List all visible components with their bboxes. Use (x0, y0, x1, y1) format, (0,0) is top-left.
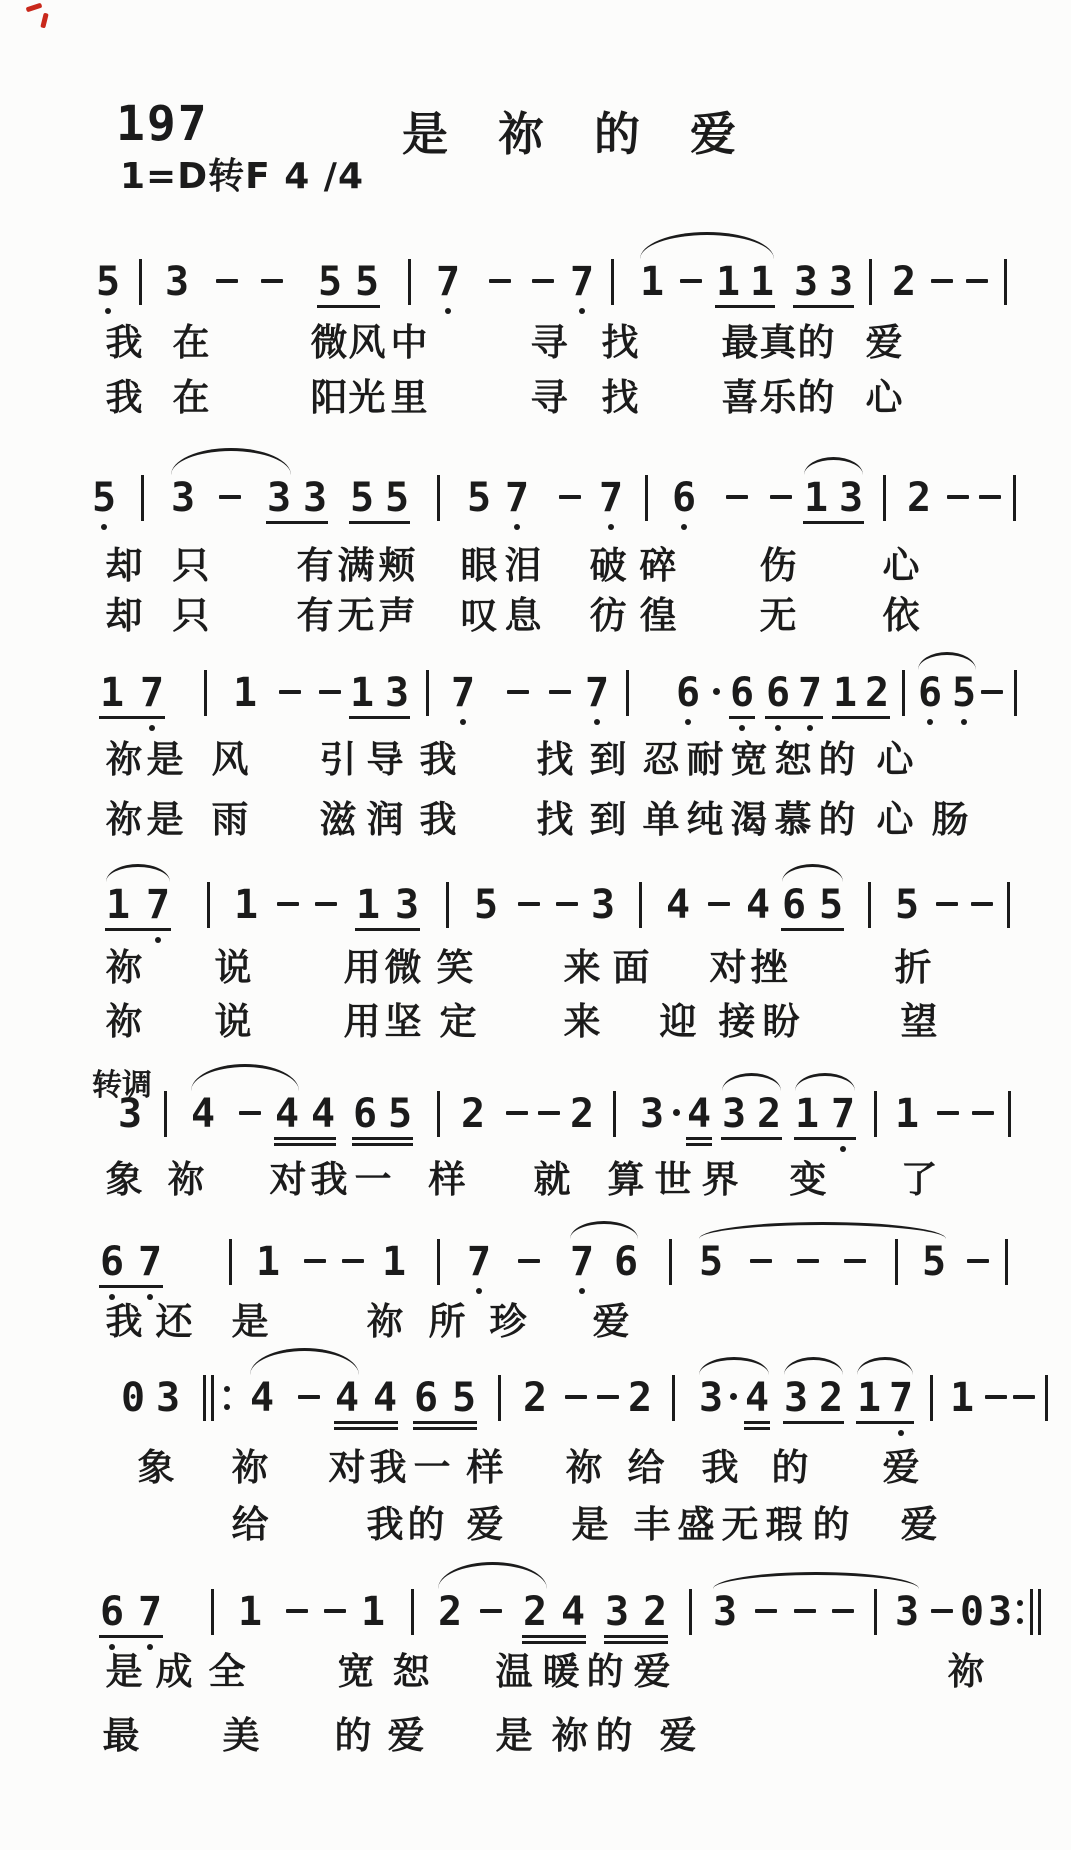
duration-dash (532, 279, 554, 283)
lyric-char: 心 (877, 800, 914, 840)
lyric-char: 泪 (505, 546, 542, 586)
repeat-end-bar (1030, 1589, 1033, 1635)
lyric-char: 却 (106, 546, 143, 586)
lyric-char: 恕 (775, 740, 812, 780)
duration-dash (937, 1111, 959, 1115)
note-number: 2 (757, 1094, 781, 1134)
duration-dash (277, 902, 299, 906)
repeat-begin-dot (224, 1404, 230, 1410)
beam-line (794, 1137, 856, 1140)
beam-line (856, 1421, 914, 1424)
lyric-char: 喜 (722, 378, 759, 418)
note-number: 7 (570, 1242, 594, 1282)
lyric-char: 接 (719, 1002, 756, 1042)
lyric-char: 用 (344, 948, 381, 988)
lyric-char: 瑕 (766, 1505, 803, 1545)
lyric-char: 爱 (388, 1716, 425, 1756)
duration-dash (261, 279, 283, 283)
beam-line (317, 305, 380, 308)
duration-dash (966, 279, 988, 283)
note-number: 7 (146, 885, 170, 925)
duration-dash (286, 1609, 308, 1613)
barline (229, 1239, 232, 1285)
low-octave-dot (514, 524, 520, 530)
lyric-char: 象 (138, 1448, 175, 1488)
lyric-char: 有 (297, 546, 334, 586)
lyric-char: 找 (537, 740, 574, 780)
note-number: 7 (889, 1378, 913, 1418)
low-octave-dot (147, 1644, 153, 1650)
lyric-char: 眼 (461, 546, 498, 586)
note-number: 1 (857, 1378, 881, 1418)
note-number: 3 (640, 1094, 664, 1134)
barline (1005, 1239, 1008, 1285)
duration-dash (304, 1259, 326, 1263)
lyric-char: 我 (420, 800, 457, 840)
note-number: 3 (165, 262, 189, 302)
lyric-char: 象 (106, 1160, 143, 1200)
duration-dash (1013, 1395, 1035, 1399)
lyric-char: 伤 (760, 546, 797, 586)
lyric-char: 笑 (437, 948, 474, 988)
lyric-char: 心 (883, 546, 920, 586)
note-number: 5 (819, 885, 843, 925)
note-number: 7 (570, 262, 594, 302)
barline (626, 670, 629, 716)
lyric-char: 最 (103, 1716, 140, 1756)
lyric-char: 肠 (932, 800, 969, 840)
duration-dash (315, 902, 337, 906)
lyric-char: 挫 (751, 948, 788, 988)
note-number: 5 (96, 262, 120, 302)
beam-line (413, 1421, 477, 1424)
note-number: 0 (960, 1592, 984, 1632)
barline (139, 259, 142, 305)
barline (1004, 259, 1007, 305)
song-title: 是祢的爱 (402, 98, 786, 164)
note-number: 5 (318, 262, 342, 302)
beam-line (99, 1285, 163, 1288)
note-number: 1 (106, 885, 130, 925)
red-scan-mark (26, 3, 43, 13)
note-number: 1 (234, 885, 258, 925)
lyric-char: 爱 (660, 1716, 697, 1756)
duration-dash (931, 279, 953, 283)
beam-line (729, 716, 755, 719)
lyric-char: 盛 (678, 1505, 715, 1545)
duration-dash (538, 1111, 560, 1115)
slur-arc (250, 1348, 359, 1375)
lyric-char: 的 (772, 1448, 809, 1488)
note-number: 6 (100, 1592, 124, 1632)
low-octave-dot (149, 725, 155, 731)
lyric-char: 我 (106, 378, 143, 418)
lyric-char: 祢 (106, 1002, 143, 1042)
lyric-char: 温 (496, 1652, 533, 1692)
duration-dash (844, 1259, 866, 1263)
low-octave-dot (579, 308, 585, 314)
lyric-char: 满 (338, 546, 375, 586)
low-octave-dot (105, 308, 111, 314)
duration-dash (298, 1395, 320, 1399)
slur-arc (699, 1357, 769, 1375)
beam-line (266, 521, 328, 524)
lyric-char: 样 (467, 1448, 504, 1488)
lyric-char: 迎 (660, 1002, 697, 1042)
slur-arc (699, 1222, 946, 1239)
lyric-char: 我 (106, 323, 143, 363)
note-number: 4 (191, 1094, 215, 1134)
lyric-char: 到 (590, 800, 627, 840)
lyric-char: 的 (819, 740, 856, 780)
note-number: 1 (361, 1592, 385, 1632)
note-number: 6 (730, 673, 754, 713)
barline (672, 1375, 675, 1421)
beam-line (765, 716, 823, 719)
lyric-char: 折 (895, 948, 932, 988)
note-number: 5 (92, 478, 116, 518)
lyric-char: 全 (209, 1652, 246, 1692)
beam-line (803, 521, 864, 524)
note-number: 4 (373, 1378, 397, 1418)
slur-arc (784, 1357, 843, 1375)
lyric-char: 对 (270, 1160, 307, 1200)
beam-line (686, 1143, 712, 1146)
duration-dash (981, 690, 1003, 694)
note-number: 1 (795, 1094, 819, 1134)
lyric-char: 无 (760, 596, 797, 636)
low-octave-dot (101, 524, 107, 530)
barline (645, 475, 648, 521)
lyric-char: 寻 (531, 378, 568, 418)
lyric-char: 导 (367, 740, 404, 780)
barline (211, 1589, 214, 1635)
note-number: 3 (829, 262, 853, 302)
note-number: 7 (451, 673, 475, 713)
lyric-char: 望 (901, 1002, 938, 1042)
lyric-char: 中 (391, 323, 428, 363)
barline (426, 670, 429, 716)
note-number: 1 (895, 1094, 919, 1134)
lyric-char: 滋 (320, 800, 357, 840)
lyric-char: 界 (702, 1160, 739, 1200)
lyric-char: 的 (587, 1652, 624, 1692)
low-octave-dot (460, 719, 466, 725)
duration-dash (216, 279, 238, 283)
slur-arc (570, 1221, 638, 1239)
lyric-char: 的 (798, 323, 835, 363)
slur-arc (171, 448, 291, 475)
lyric-char: 美 (223, 1716, 260, 1756)
note-number: 2 (628, 1378, 652, 1418)
beam-line (604, 1641, 668, 1644)
note-number: 5 (385, 478, 409, 518)
beam-line (522, 1635, 586, 1638)
barline (446, 882, 449, 928)
repeat-begin-bar (203, 1375, 206, 1421)
note-number: 7 (831, 1094, 855, 1134)
lyric-char: 是 (572, 1505, 609, 1545)
beam-line (522, 1641, 586, 1644)
lyric-char: 我 (367, 1505, 404, 1545)
lyric-char: 阳 (311, 378, 348, 418)
slur-arc (106, 864, 170, 882)
beam-line (349, 521, 410, 524)
lyric-char: 寻 (531, 323, 568, 363)
repeat-begin-bar (211, 1375, 214, 1421)
barline (1014, 670, 1017, 716)
barline (883, 475, 886, 521)
duration-dash (931, 1609, 953, 1613)
note-number: 5 (452, 1378, 476, 1418)
beam-line (715, 305, 775, 308)
duration-dash (279, 690, 301, 694)
barline (498, 1375, 501, 1421)
duration-dash (489, 279, 511, 283)
lyric-char: 盼 (763, 1002, 800, 1042)
duration-dash (319, 690, 341, 694)
barline (689, 1589, 692, 1635)
lyric-char: 纯 (687, 800, 724, 840)
lyric-char: 是 (496, 1716, 533, 1756)
note-number: 2 (523, 1378, 547, 1418)
lyric-char: 慕 (775, 800, 812, 840)
note-number: 3 (839, 478, 863, 518)
duration-dash (324, 1609, 346, 1613)
duration-dash (971, 902, 993, 906)
low-octave-dot (594, 719, 600, 725)
duration-dash (972, 1111, 994, 1115)
beam-line (99, 1635, 163, 1638)
lyric-char: 无 (338, 596, 375, 636)
lyric-char: 祢 (168, 1160, 205, 1200)
beam-line (783, 1421, 844, 1424)
lyric-char: 爱 (467, 1505, 504, 1545)
lyric-char: 成 (156, 1652, 193, 1692)
note-number: 7 (585, 673, 609, 713)
slur-arc (795, 1073, 855, 1091)
lyric-char: 我 (420, 740, 457, 780)
note-number: 1 (100, 673, 124, 713)
lyric-char: 爱 (634, 1652, 671, 1692)
note-number: 1 (382, 1242, 406, 1282)
duration-dash (565, 1395, 587, 1399)
note-number: 3 (385, 673, 409, 713)
slur-arc (640, 232, 774, 259)
lyric-char: 忍 (643, 740, 680, 780)
lyric-char: 渴 (731, 800, 768, 840)
lyric-char: 来 (564, 1002, 601, 1042)
lyric-char: 无 (722, 1505, 759, 1545)
note-number: 3 (794, 262, 818, 302)
duration-dash (750, 1259, 772, 1263)
note-number: 7 (140, 673, 164, 713)
note-number: 1 (804, 478, 828, 518)
beam-line (744, 1427, 770, 1430)
duration-dash (708, 902, 730, 906)
barline (902, 670, 905, 716)
lyric-char: 爱 (866, 323, 903, 363)
lyric-char: 风 (349, 323, 386, 363)
note-number: 4 (666, 885, 690, 925)
lyric-char: 心 (877, 740, 914, 780)
note-number: 1 (716, 262, 740, 302)
note-number: 2 (570, 1094, 594, 1134)
lyric-char: 风 (212, 740, 249, 780)
lyric-char: 祢 (367, 1302, 404, 1342)
note-number: 1 (256, 1242, 280, 1282)
lyric-char: 有 (297, 596, 334, 636)
note-number: 3 (171, 478, 195, 518)
lyric-char: 破 (590, 546, 627, 586)
beam-line (99, 716, 165, 719)
lyric-char: 雨 (212, 800, 249, 840)
lyric-char: 我 (702, 1448, 739, 1488)
note-number: 3 (713, 1592, 737, 1632)
note-number: 6 (614, 1242, 638, 1282)
duration-dash (597, 1395, 619, 1399)
lyric-char: 了 (901, 1160, 938, 1200)
lyric-char: 声 (379, 596, 416, 636)
lyric-char: 祢 (552, 1716, 589, 1756)
lyric-char: 里 (391, 378, 428, 418)
red-scan-mark (40, 13, 48, 29)
lyric-char: 真 (760, 323, 797, 363)
lyric-char: 的 (819, 800, 856, 840)
note-number: 5 (895, 885, 919, 925)
lyric-char: 彷 (590, 596, 627, 636)
note-number: 5 (350, 478, 374, 518)
low-octave-dot (685, 719, 691, 725)
lyric-char: 用 (344, 1002, 381, 1042)
note-number: 3 (895, 1592, 919, 1632)
slur-arc (918, 652, 976, 670)
lyric-char: 还 (156, 1302, 193, 1342)
lyric-char: 的 (335, 1716, 372, 1756)
duration-dash (219, 495, 241, 499)
lyric-char: 引 (320, 740, 357, 780)
note-number: 3 (267, 478, 291, 518)
barline (1008, 1091, 1011, 1137)
duration-dash (518, 1259, 540, 1263)
lyric-char: 样 (429, 1160, 466, 1200)
lyric-char: 一 (355, 1160, 392, 1200)
lyric-char: 宽 (731, 740, 768, 780)
note-number: 6 (414, 1378, 438, 1418)
low-octave-dot (155, 937, 161, 943)
duration-dash (985, 1395, 1007, 1399)
note-number: 4 (745, 1378, 769, 1418)
song-number: 197 (116, 96, 209, 152)
note-number: 5 (699, 1242, 723, 1282)
duration-dash (797, 1259, 819, 1263)
note-number: 4 (311, 1094, 335, 1134)
note-number: 2 (865, 673, 889, 713)
augmentation-dot (730, 1393, 737, 1400)
note-number: 3 (395, 885, 419, 925)
barline (207, 882, 210, 928)
lyric-char: 微 (385, 948, 422, 988)
lyric-char: 恕 (393, 1652, 430, 1692)
lyric-char: 定 (440, 1002, 477, 1042)
barline (437, 1239, 440, 1285)
barline (930, 1375, 933, 1421)
lyric-char: 是 (147, 800, 184, 840)
note-number: 7 (467, 1242, 491, 1282)
note-number: 0 (121, 1378, 145, 1418)
lyric-char: 变 (790, 1160, 827, 1200)
lyric-char: 依 (883, 596, 920, 636)
sheet-music-page: 197 是祢的爱 1=D转F 4 /4 转调535577111332533355… (0, 0, 1071, 1850)
barline (437, 1091, 440, 1137)
note-number: 6 (782, 885, 806, 925)
beam-line (744, 1421, 770, 1424)
note-number: 1 (950, 1378, 974, 1418)
lyric-char: 颊 (379, 546, 416, 586)
lyric-char: 耐 (687, 740, 724, 780)
barline (611, 259, 614, 305)
note-number: 6 (766, 673, 790, 713)
lyric-char: 世 (655, 1160, 692, 1200)
note-number: 2 (523, 1592, 547, 1632)
duration-dash (947, 495, 969, 499)
note-number: 4 (335, 1378, 359, 1418)
lyric-char: 爱 (883, 1448, 920, 1488)
barline (141, 475, 144, 521)
lyric-char: 是 (106, 1652, 143, 1692)
note-number: 3 (722, 1094, 746, 1134)
lyric-char: 我 (370, 1448, 407, 1488)
lyric-char: 只 (173, 546, 210, 586)
lyric-char: 祢 (948, 1652, 985, 1692)
beam-line (686, 1137, 712, 1140)
note-number: 5 (355, 262, 379, 302)
note-number: 2 (892, 262, 916, 302)
barline (874, 1091, 877, 1137)
lyric-char: 的 (596, 1716, 633, 1756)
beam-line (604, 1635, 668, 1638)
duration-dash (680, 279, 702, 283)
beam-line (334, 1427, 398, 1430)
lyric-char: 找 (602, 378, 639, 418)
beam-line (793, 305, 854, 308)
lyric-char: 说 (215, 948, 252, 988)
note-number: 7 (798, 673, 822, 713)
augmentation-dot (713, 688, 720, 695)
low-octave-dot (775, 725, 781, 731)
duration-dash (967, 1259, 989, 1263)
note-number: 5 (922, 1242, 946, 1282)
lyric-char: 面 (613, 948, 650, 988)
lyric-char: 在 (173, 378, 210, 418)
beam-line (832, 716, 890, 719)
lyric-char: 我 (106, 1302, 143, 1342)
barline (411, 1589, 414, 1635)
lyric-char: 算 (608, 1160, 645, 1200)
duration-dash (556, 902, 578, 906)
lyric-char: 找 (602, 323, 639, 363)
barline (164, 1091, 167, 1137)
beam-line (352, 1143, 413, 1146)
lyric-char: 最 (722, 323, 759, 363)
beam-line (355, 928, 420, 931)
duration-dash (506, 1111, 528, 1115)
barline (869, 259, 872, 305)
note-number: 2 (819, 1378, 843, 1418)
lyric-char: 润 (367, 800, 404, 840)
low-octave-dot (898, 1430, 904, 1436)
note-number: 4 (687, 1094, 711, 1134)
